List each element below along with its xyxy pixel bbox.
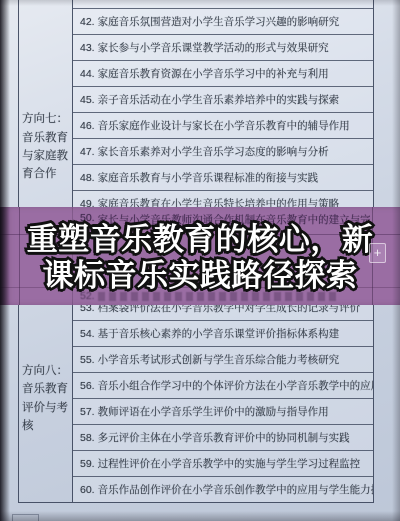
partial-next-table-edge [12, 514, 39, 521]
row-number: 43. [80, 42, 95, 54]
row-number: 48. [80, 172, 95, 184]
row-text: 多元评价主体在小学音乐教育评价中的协同机制与实践 [98, 430, 350, 445]
row-text: 家长参与小学音乐课堂教学活动的形式与效果研究 [98, 40, 329, 55]
table-row: 42.家庭音乐氛围营造对小学生音乐学习兴趣的影响研究 [73, 9, 373, 35]
row-number: 59. [80, 458, 95, 470]
row-number: 47. [80, 146, 95, 158]
plus-glyph: + [374, 245, 382, 260]
table-row: 56.音乐小组合作学习中的个体评价方法在小学音乐教学中的应用 [73, 373, 373, 399]
row-text: 家庭音乐教育资源在小学音乐学习中的补充与利用 [98, 66, 329, 81]
row-number: 46. [80, 120, 95, 132]
row-number: 52. [80, 290, 95, 302]
row-text: 基于音乐核心素养的小学音乐课堂评价指标体系构建 [98, 326, 340, 341]
illegible-text-smudge [98, 292, 338, 301]
table-row: 45.亲子音乐活动在小学生音乐素养培养中的实践与探索 [73, 87, 373, 113]
table-row: 60.音乐作品创作评价在小学音乐创作教学中的应用与学生能力提升 [73, 477, 373, 502]
table-row: 55.小学音乐考试形式创新与学生音乐综合能力考核研究 [73, 347, 373, 373]
promo-overlay: 50. 家长与小学音乐教师沟通合作机制在音乐教育中的建立与完善 重塑音乐教育的核… [0, 207, 400, 305]
row-text: 音乐作品创作评价在小学音乐创作教学中的应用与学生能力提升 [98, 482, 373, 497]
table-row: 44.家庭音乐教育资源在小学音乐学习中的补充与利用 [73, 61, 373, 87]
row-number: 44. [80, 68, 95, 80]
row-text: 家长音乐素养对小学生音乐学习态度的影响与分析 [98, 144, 329, 159]
table-row: 58.多元评价主体在小学音乐教育评价中的协同机制与实践 [73, 425, 373, 451]
table-row: 48.家庭音乐教育与小学音乐课程标准的衔接与实践 [73, 165, 373, 191]
row-number: 55. [80, 354, 95, 366]
row-text: 音乐家庭作业设计与家长在小学音乐教育中的辅导作用 [98, 118, 350, 133]
row-number: 60. [80, 484, 95, 496]
table-row-partial [73, 0, 373, 9]
table-row-behind-overlay: 52. [80, 290, 338, 302]
row-number: 54. [80, 328, 95, 340]
row-number: 45. [80, 94, 95, 106]
table-row: 54.基于音乐核心素养的小学音乐课堂评价指标体系构建 [73, 321, 373, 347]
promo-title-line2: 课标音乐实践路径探索 [0, 258, 400, 294]
row-number: 42. [80, 16, 95, 28]
row-text: 教师评语在小学音乐学生评价中的激励与指导作用 [98, 404, 329, 419]
table-row: 57.教师评语在小学音乐学生评价中的激励与指导作用 [73, 399, 373, 425]
table-row: 46.音乐家庭作业设计与家长在小学音乐教育中的辅导作用 [73, 113, 373, 139]
row-text: 音乐小组合作学习中的个体评价方法在小学音乐教学中的应用 [98, 378, 373, 393]
photo-edge-bottom [0, 511, 400, 521]
section-label-text: 方向七：音乐教育与家庭教育合作 [22, 110, 69, 184]
promo-title: 重塑音乐教育的核心，新 课标音乐实践路径探索 [0, 222, 400, 294]
row-number: 56. [80, 380, 95, 392]
row-number: 58. [80, 432, 95, 444]
document-photo: 方向七：音乐教育与家庭教育合作 方向八：音乐教育评价与考核 42.家庭音乐氛围营… [0, 0, 400, 521]
section-label-direction8: 方向八：音乐教育评价与考核 [19, 294, 72, 502]
row-text: 家庭音乐教育与小学音乐课程标准的衔接与实践 [98, 170, 319, 185]
row-text: 亲子音乐活动在小学生音乐素养培养中的实践与探索 [98, 92, 340, 107]
row-text: 小学音乐考试形式创新与学生音乐综合能力考核研究 [98, 352, 340, 367]
promo-title-line1: 重塑音乐教育的核心，新 [0, 222, 400, 258]
row-text: 过程性评价在小学音乐教学中的实施与学生学习过程监控 [98, 456, 361, 471]
table-row: 47.家长音乐素养对小学生音乐学习态度的影响与分析 [73, 139, 373, 165]
table-row: 43.家长参与小学音乐课堂教学活动的形式与效果研究 [73, 35, 373, 61]
table-row: 59.过程性评价在小学音乐教学中的实施与学生学习过程监控 [73, 451, 373, 477]
row-text: 家庭音乐氛围营造对小学生音乐学习兴趣的影响研究 [98, 14, 340, 29]
section-label-text: 方向八：音乐教育评价与考核 [22, 362, 69, 436]
row-number: 57. [80, 406, 95, 418]
plus-icon: + [369, 243, 386, 263]
